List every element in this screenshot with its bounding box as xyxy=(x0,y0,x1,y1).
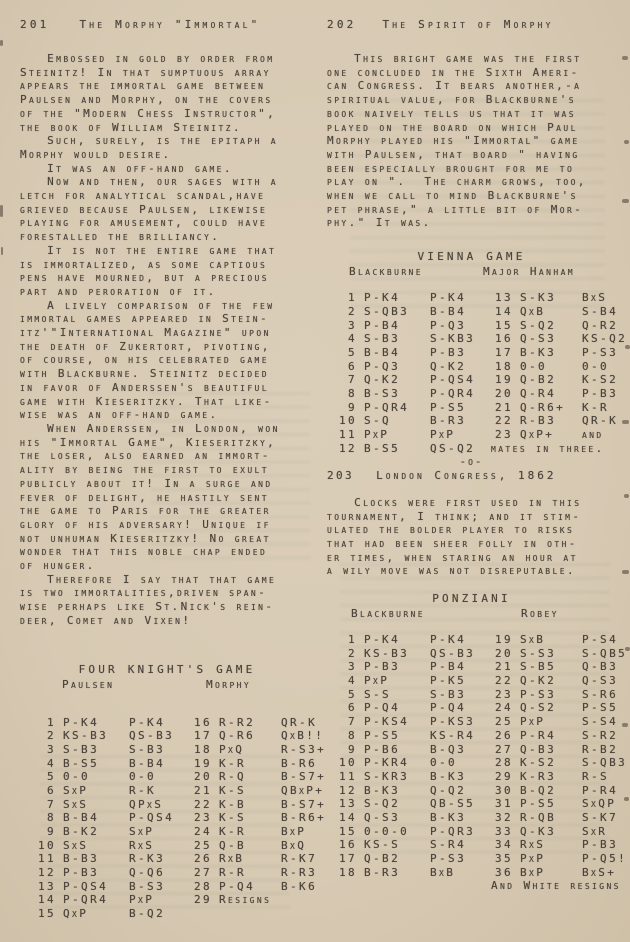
move: P-Q3 xyxy=(423,319,483,333)
scan-mark xyxy=(622,56,628,60)
paragraph: It was an off-hand game. xyxy=(20,162,314,176)
paragraph: A lively comparison of the few immortal … xyxy=(20,299,314,422)
move-row: 2S-QB3B-B414QxBS-B4 xyxy=(333,305,616,319)
move-number: mates in three. xyxy=(483,442,513,456)
move-number: 1 xyxy=(333,291,357,305)
move-row: 14Q-S3B-K332R-QBS-K7 xyxy=(333,811,616,825)
move-row: 11S-KR3B-K329K-R3R-S xyxy=(333,770,616,784)
move: P-B6 xyxy=(357,743,423,757)
move-number: And White resigns xyxy=(483,879,513,893)
move: P-QR4 xyxy=(357,401,423,415)
move-number: 4 xyxy=(32,757,56,771)
move: BxQ xyxy=(274,839,306,853)
move-number: 15 xyxy=(483,319,513,333)
move: KS-S xyxy=(357,838,423,852)
move-table: 1P-K4P-K416R-R2QR-K2KS-B3QS-B317Q-R6QxB!… xyxy=(32,716,314,921)
move: P-S4 xyxy=(575,633,618,647)
move: P-QR3 xyxy=(423,825,483,839)
move: P-B4 xyxy=(423,660,483,674)
move-row: 11B-B3R-K326RxBR-K7 xyxy=(32,852,314,866)
move-number: 14 xyxy=(483,305,513,319)
move-number: 5 xyxy=(32,770,56,784)
move: P-B4 xyxy=(357,319,423,333)
section-separator: -o- xyxy=(327,455,616,469)
scan-mark xyxy=(625,647,630,651)
section-203-header: 203London Congress, 1862 xyxy=(327,469,616,483)
move: S-Q2 xyxy=(513,319,575,333)
move: S-B3 xyxy=(122,743,182,757)
move-number: 36 xyxy=(483,866,513,880)
paragraph: Now and then, our sages with a letch for… xyxy=(20,175,314,244)
paragraph: When Anderssen, in London, won his "Immo… xyxy=(20,422,314,573)
move-number: 14 xyxy=(32,893,56,907)
move-number: 27 xyxy=(483,743,513,757)
move-row: 6SxPR-K21K-SQBxP+ xyxy=(32,784,314,798)
move: P-B3 xyxy=(423,346,483,360)
move-number: 34 xyxy=(483,838,513,852)
paragraph: Embossed in gold by order from Steinitz!… xyxy=(20,52,314,134)
paragraph: Clocks were first used in this tournamen… xyxy=(327,496,616,578)
scan-mark xyxy=(622,420,629,424)
move-row: 17Q-B2P-S335PxPP-Q5! xyxy=(333,852,616,866)
move: K-R xyxy=(212,757,274,771)
move: B-K3 xyxy=(423,770,483,784)
move-row: 50-00-020R-QB-S7+ xyxy=(32,770,314,784)
move: B-R6 xyxy=(274,757,317,771)
move-number: 8 xyxy=(333,729,357,743)
move: KS-R4 xyxy=(423,729,483,743)
move: QBxP+ xyxy=(274,784,324,798)
move-number: 7 xyxy=(333,373,357,387)
move: R-R2 xyxy=(212,716,274,730)
move-number: 2 xyxy=(32,729,56,743)
move: K-S xyxy=(212,784,274,798)
move: K-R xyxy=(212,825,274,839)
move-number: 15 xyxy=(333,825,357,839)
move: B-S3 xyxy=(122,880,182,894)
game-title: VIENNA GAME xyxy=(327,250,616,263)
player-names: Blackburne Major Hanham xyxy=(327,265,616,279)
game-title: PONZIANI xyxy=(327,592,616,605)
move: QS-B3 xyxy=(122,729,182,743)
move: Q-K2 xyxy=(513,674,575,688)
move: Q-B2 xyxy=(357,852,423,866)
move: S-Q2 xyxy=(357,797,423,811)
black-player: Major Hanham xyxy=(483,265,575,279)
move-row: 9B-K2SxP24K-RBxP xyxy=(32,825,314,839)
move: Q-S3 xyxy=(357,811,423,825)
section-title: London Congress, 1862 xyxy=(376,469,556,482)
move-number: 6 xyxy=(333,701,357,715)
move-row: 2KS-B3QS-B320S-S3S-QB5 xyxy=(333,647,616,661)
move-number: 16 xyxy=(182,716,212,730)
move: Q-B xyxy=(212,839,274,853)
move: R-B3 xyxy=(513,414,575,428)
move-number: 3 xyxy=(32,743,56,757)
move: Q-Q2 xyxy=(423,784,483,798)
move: P-Q4 xyxy=(423,701,483,715)
move: S-B5 xyxy=(513,660,575,674)
move-number: 15 xyxy=(32,907,56,921)
move-row: 7Q-K2P-QS419Q-B2K-S2 xyxy=(333,373,616,387)
move-number: 20 xyxy=(182,770,212,784)
scan-mark xyxy=(622,723,628,727)
move: P-S3 xyxy=(575,346,618,360)
move: SxR xyxy=(575,825,607,839)
move-number: 22 xyxy=(483,414,513,428)
move-row: 8B-S3P-QR420Q-R4P-B3 xyxy=(333,387,616,401)
scan-mark xyxy=(1,247,3,255)
move: QxP+ xyxy=(513,428,575,442)
move-row: 4S-B3S-KB316Q-S3KS-Q2 xyxy=(333,332,616,346)
move: B-R3 xyxy=(423,414,483,428)
move: S-K7 xyxy=(575,811,618,825)
move: SxP xyxy=(122,825,182,839)
move: B-K3 xyxy=(423,811,483,825)
move: P-KS4 xyxy=(357,715,423,729)
move: S-QB5 xyxy=(575,647,627,661)
move-row: 6P-Q3Q-K2180-00-0 xyxy=(333,360,616,374)
player-names: Paulsen Morphy xyxy=(20,678,314,692)
move: BxS+ xyxy=(575,866,616,880)
move-number: 22 xyxy=(483,674,513,688)
move-number: 6 xyxy=(333,360,357,374)
move: and xyxy=(575,428,604,442)
move-number: 7 xyxy=(32,798,56,812)
move: P-Q5! xyxy=(575,852,627,866)
black-player: Morphy xyxy=(206,678,251,692)
move-number: 14 xyxy=(333,811,357,825)
move: 0-0 xyxy=(513,360,575,374)
page-title: The Spirit of Morphy xyxy=(382,18,553,31)
move-number: 33 xyxy=(483,825,513,839)
scan-mark xyxy=(624,140,629,144)
move-number: 25 xyxy=(483,715,513,729)
move: P-KS3 xyxy=(423,715,483,729)
move: P-QS4 xyxy=(423,373,483,387)
section-number: 203 xyxy=(327,469,354,482)
move-number: 18 xyxy=(182,743,212,757)
move: P-R4 xyxy=(575,784,618,798)
move: BxB xyxy=(423,866,483,880)
move: Q-K2 xyxy=(357,373,423,387)
move: P-QR4 xyxy=(56,893,122,907)
move-row: 16KS-SS-R434RxSP-B3 xyxy=(333,838,616,852)
move: S-B3 xyxy=(357,332,423,346)
move: 0-0 xyxy=(423,756,483,770)
move: B-B4 xyxy=(122,757,182,771)
move-row: 12B-K3Q-Q230B-Q2P-R4 xyxy=(333,784,616,798)
move: 0-0 xyxy=(56,770,122,784)
black-player: Robey xyxy=(521,607,559,621)
move: SxP xyxy=(56,784,122,798)
move: P-K4 xyxy=(423,291,483,305)
move-number: 9 xyxy=(333,743,357,757)
move: P-QR4 xyxy=(423,387,483,401)
move: S-K3 xyxy=(513,291,575,305)
move-number: 26 xyxy=(483,729,513,743)
move: QS-Q2 xyxy=(423,442,483,456)
move-number: 21 xyxy=(483,660,513,674)
move-number: 13 xyxy=(333,797,357,811)
move-number: 23 xyxy=(483,688,513,702)
paragraph: This bright game was the first one concl… xyxy=(327,52,616,230)
move-row: 13S-Q2QB-S531P-S5SxQP xyxy=(333,797,616,811)
move: PxP xyxy=(357,428,423,442)
move: Q-B3 xyxy=(513,743,575,757)
move: B-B3 xyxy=(56,852,122,866)
move-row: 11PxPPxP23QxP+and xyxy=(333,428,616,442)
move-number: 11 xyxy=(333,428,357,442)
move: BxS xyxy=(575,291,607,305)
move: S-KB3 xyxy=(423,332,483,346)
move-number: 26 xyxy=(182,852,212,866)
move: B-B4 xyxy=(56,811,122,825)
move-number: 11 xyxy=(32,852,56,866)
move-row: 3P-B4P-Q315S-Q2Q-R2 xyxy=(333,319,616,333)
move: 0-0-0 xyxy=(357,825,423,839)
move-number: 4 xyxy=(333,674,357,688)
move: Q-Q6 xyxy=(122,866,182,880)
move-row: 150-0-0P-QR333Q-K3SxR xyxy=(333,825,616,839)
move: SxQP xyxy=(575,797,616,811)
move-number: 13 xyxy=(32,880,56,894)
game-four-knights: FOUR KNIGHT'S GAME Paulsen Morphy 1P-K4P… xyxy=(20,663,314,921)
move: B-S7+ xyxy=(274,770,326,784)
move: SxB xyxy=(513,633,575,647)
move-number: 22 xyxy=(182,798,212,812)
scan-mark xyxy=(622,199,629,203)
move-row: 12P-B3Q-Q627R-RR-R3 xyxy=(32,866,314,880)
move: SxS xyxy=(56,839,122,853)
paragraph: Therefore I say that that game is two im… xyxy=(20,573,314,628)
move: QxP xyxy=(56,907,122,921)
move-number: 20 xyxy=(483,387,513,401)
move: P-B3 xyxy=(56,866,122,880)
move-number: 29 xyxy=(483,770,513,784)
move: P-K4 xyxy=(56,716,122,730)
move-number: 21 xyxy=(182,784,212,798)
move: P-QS4 xyxy=(122,811,182,825)
move-number: 12 xyxy=(32,866,56,880)
move-number: 5 xyxy=(333,688,357,702)
move-row: 3P-B3P-B421S-B5Q-B3 xyxy=(333,660,616,674)
move-number: 24 xyxy=(483,701,513,715)
move: B-R3 xyxy=(357,866,423,880)
scan-mark xyxy=(0,40,3,46)
move: P-S5 xyxy=(575,701,618,715)
move: R-K7 xyxy=(274,852,317,866)
move: S-S3 xyxy=(513,647,575,661)
move-number: 30 xyxy=(483,784,513,798)
move: S-B4 xyxy=(575,305,618,319)
scan-mark xyxy=(624,797,629,801)
move: R-K xyxy=(122,784,182,798)
move-number: 28 xyxy=(182,880,212,894)
move-table: 1P-K4P-K419SxBP-S42KS-B3QS-B320S-S3S-QB5… xyxy=(333,633,616,893)
move: QxB!! xyxy=(274,729,324,743)
move: P-S5 xyxy=(423,401,483,415)
move: K-S2 xyxy=(513,756,575,770)
book-spread: 201 The Morphy "Immortal" Embossed in go… xyxy=(0,0,630,942)
move: P-QS4 xyxy=(56,880,122,894)
move: P-B3 xyxy=(575,838,618,852)
move: B-B4 xyxy=(423,305,483,319)
move-number: 25 xyxy=(182,839,212,853)
move-number: 6 xyxy=(32,784,56,798)
white-player: Blackburne xyxy=(351,607,425,621)
move: KS-B3 xyxy=(56,729,122,743)
move: P-K5 xyxy=(423,674,483,688)
move-row: 7SxSQPxS22K-BB-S7+ xyxy=(32,798,314,812)
move: S-S xyxy=(357,688,423,702)
move-row: 5B-B4P-B317B-K3P-S3 xyxy=(333,346,616,360)
move: B-Q2 xyxy=(513,784,575,798)
move: P-S3 xyxy=(423,852,483,866)
move: S-R4 xyxy=(423,838,483,852)
move-number: 19 xyxy=(182,757,212,771)
move-row: 7P-KS4P-KS325PxPS-S4 xyxy=(333,715,616,729)
move-number: 10 xyxy=(333,414,357,428)
move-number: 35 xyxy=(483,852,513,866)
move-row: 2KS-B3QS-B317Q-R6QxB!! xyxy=(32,729,314,743)
move: QS-B3 xyxy=(423,647,483,661)
move: Q-S3 xyxy=(513,332,575,346)
move: Resigns xyxy=(212,893,274,907)
move-number: 24 xyxy=(182,825,212,839)
move: QR-K xyxy=(575,414,618,428)
move: RxS xyxy=(513,838,575,852)
move: Q-B3 xyxy=(575,660,618,674)
move-number: 8 xyxy=(333,387,357,401)
move: Q-R4 xyxy=(513,387,575,401)
move: 0-0 xyxy=(575,360,609,374)
move: SxS xyxy=(56,798,122,812)
game-ponziani: PONZIANI Blackburne Robey 1P-K4P-K419SxB… xyxy=(327,592,616,893)
move-row: 9P-QR4P-S521Q-R6+K-R xyxy=(333,401,616,415)
move: R-S xyxy=(575,770,609,784)
move: P-Q3 xyxy=(357,360,423,374)
move-row: 12B-S5QS-Q2mates in three. xyxy=(333,442,616,456)
move-number: 5 xyxy=(333,346,357,360)
move: Q-R6+ xyxy=(513,401,575,415)
move: BxP xyxy=(274,825,306,839)
move: S-Q xyxy=(357,414,423,428)
move-number: 13 xyxy=(483,291,513,305)
move: R-QB xyxy=(513,811,575,825)
scan-mark xyxy=(625,345,630,349)
move: Q-R6 xyxy=(212,729,274,743)
move: S-KR3 xyxy=(357,770,423,784)
move-row: 8B-B4P-QS423K-SB-R6+ xyxy=(32,811,314,825)
move: P-B3 xyxy=(357,660,423,674)
move: S-S4 xyxy=(575,715,618,729)
move: RxS xyxy=(122,839,182,853)
move-row: 1P-K4P-K419SxBP-S4 xyxy=(333,633,616,647)
move: PxP xyxy=(423,428,483,442)
move: R-B2 xyxy=(575,743,618,757)
move: B-K3 xyxy=(357,784,423,798)
move: S-B3 xyxy=(423,688,483,702)
move: Q-S2 xyxy=(513,701,575,715)
move-row: 15QxPB-Q2 xyxy=(32,907,314,921)
move-number: 18 xyxy=(483,360,513,374)
move: P-S5 xyxy=(513,797,575,811)
move: QB-S5 xyxy=(423,797,483,811)
move: QPxS xyxy=(122,798,182,812)
move-number: 32 xyxy=(483,811,513,825)
move-number: 1 xyxy=(32,716,56,730)
move: K-R3 xyxy=(513,770,575,784)
move-number: 7 xyxy=(333,715,357,729)
move: K-B xyxy=(212,798,274,812)
move: PxP xyxy=(513,852,575,866)
move: B-S7+ xyxy=(274,798,326,812)
move-number: 11 xyxy=(333,770,357,784)
move: PxP xyxy=(513,715,575,729)
page-number: 201 xyxy=(20,18,49,31)
white-player: Paulsen xyxy=(62,678,114,692)
move: K-R xyxy=(575,401,609,415)
page-header: 201 The Morphy "Immortal" xyxy=(20,18,314,31)
move: RxB xyxy=(212,852,274,866)
white-player: Blackburne xyxy=(349,265,423,279)
move: KS-Q2 xyxy=(575,332,627,346)
move: BxP xyxy=(513,866,575,880)
move: Q-B2 xyxy=(513,373,575,387)
move-number: 19 xyxy=(483,373,513,387)
game-vienna: VIENNA GAME Blackburne Major Hanham 1P-K… xyxy=(327,250,616,455)
paragraph: It is not the entire game that is immort… xyxy=(20,244,314,299)
move-number: 2 xyxy=(333,647,357,661)
move-row: 10P-KR40-028K-S2S-QB3 xyxy=(333,756,616,770)
move-number: 18 xyxy=(333,866,357,880)
move-row: 9P-B6B-Q327Q-B3R-B2 xyxy=(333,743,616,757)
scan-mark xyxy=(624,494,629,498)
move-number: 31 xyxy=(483,797,513,811)
move-number: 29 xyxy=(182,893,212,907)
move-row: 4B-S5B-B419K-RB-R6 xyxy=(32,757,314,771)
move-row: 6P-Q4P-Q424Q-S2P-S5 xyxy=(333,701,616,715)
move: R-S3+ xyxy=(274,743,326,757)
move-number: 9 xyxy=(32,825,56,839)
paragraph: Such, surely, is the epitaph a Morphy wo… xyxy=(20,134,314,161)
move: Q-K2 xyxy=(423,360,483,374)
move-number: 17 xyxy=(333,852,357,866)
move: 0-0 xyxy=(122,770,182,784)
move-number: 23 xyxy=(483,428,513,442)
move: R-Q xyxy=(212,770,274,784)
page-title: The Morphy "Immortal" xyxy=(79,18,260,31)
move: B-Q3 xyxy=(423,743,483,757)
page-number: 202 xyxy=(327,18,356,31)
move: Q-S3 xyxy=(575,674,618,688)
page-201: 201 The Morphy "Immortal" Embossed in go… xyxy=(20,18,314,942)
move: PxP xyxy=(357,674,423,688)
move: Q-R2 xyxy=(575,319,618,333)
move: S-B3 xyxy=(56,743,122,757)
move-row: And White resigns xyxy=(333,879,616,893)
move: PxQ xyxy=(212,743,274,757)
move: P-Q4 xyxy=(212,880,274,894)
move-number: 27 xyxy=(182,866,212,880)
move: B-K2 xyxy=(56,825,122,839)
move-number: 19 xyxy=(483,633,513,647)
page-header: 202 The Spirit of Morphy xyxy=(327,18,616,31)
move: B-B4 xyxy=(357,346,423,360)
player-names: Blackburne Robey xyxy=(327,607,616,621)
move-row: 5S-SS-B323P-S3S-R6 xyxy=(333,688,616,702)
